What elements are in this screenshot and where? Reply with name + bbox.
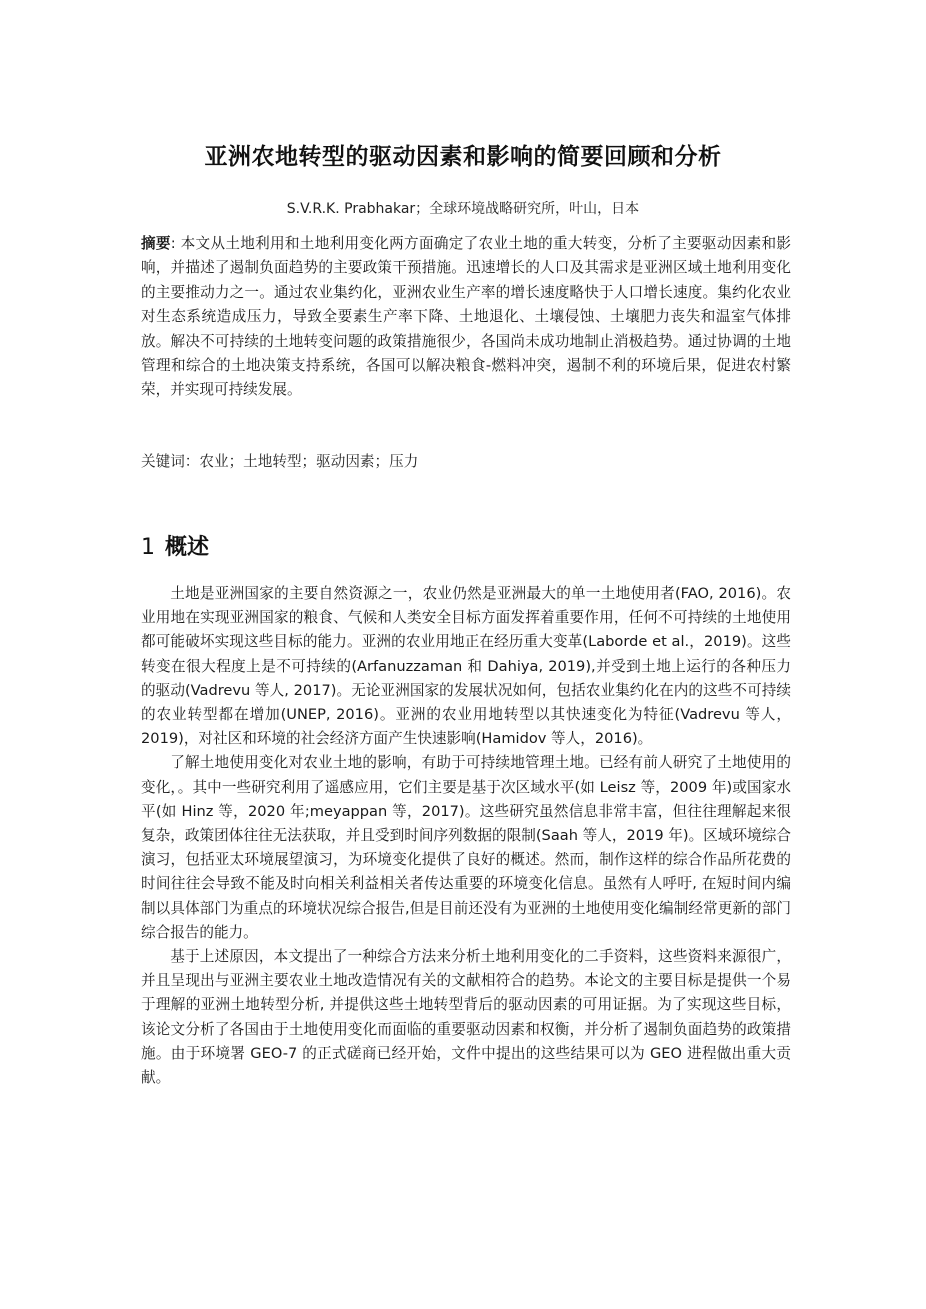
author-affiliation: S.V.R.K. Prabhakar；全球环境战略研究所，叶山，日本 — [0, 198, 926, 218]
section-number: 1 — [141, 535, 155, 560]
section-title: 概述 — [165, 535, 209, 560]
paragraph: 了解土地使用变化对农业土地的影响，有助于可持续地管理土地。已经有前人研究了土地使… — [141, 751, 791, 945]
document-page: 亚洲农地转型的驱动因素和影响的简要回顾和分析 S.V.R.K. Prabhaka… — [0, 0, 926, 1309]
abstract-separator: : — [171, 235, 181, 252]
section-heading: 1概述 — [141, 530, 209, 561]
abstract-text: 本文从土地利用和土地利用变化两方面确定了农业土地的重大转变，分析了主要驱动因素和… — [141, 235, 791, 398]
section-body: 土地是亚洲国家的主要自然资源之一，农业仍然是亚洲最大的单一土地使用者(FAO, … — [141, 582, 791, 1090]
paragraph: 基于上述原因，本文提出了一种综合方法来分析土地利用变化的二手资料，这些资料来源很… — [141, 945, 791, 1090]
paragraph: 土地是亚洲国家的主要自然资源之一，农业仍然是亚洲最大的单一土地使用者(FAO, … — [141, 582, 791, 751]
abstract: 摘要: 本文从土地利用和土地利用变化两方面确定了农业土地的重大转变，分析了主要驱… — [141, 232, 791, 403]
paper-title: 亚洲农地转型的驱动因素和影响的简要回顾和分析 — [0, 138, 926, 171]
abstract-label: 摘要 — [141, 235, 171, 252]
keywords: 关键词：农业；土地转型；驱动因素；压力 — [141, 450, 791, 474]
